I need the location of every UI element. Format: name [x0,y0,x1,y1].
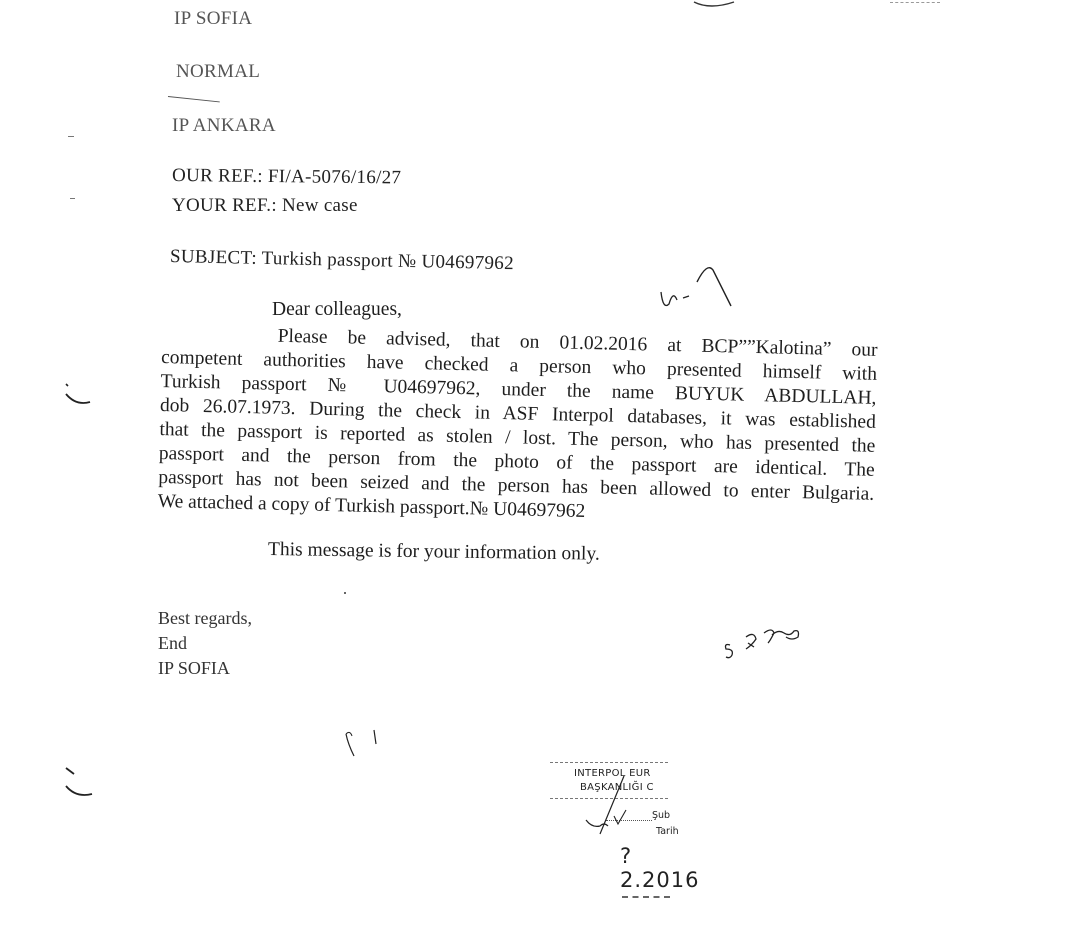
end-marker: End [158,633,187,654]
to-office: IP ANKARA [172,115,276,137]
signature-office: IP SOFIA [158,658,230,679]
margin-tick [68,136,74,137]
scan-dot [344,592,346,594]
handwritten-initials [655,260,745,320]
info-line: This message is for your information onl… [268,538,600,567]
your-reference: YOUR REF.: New case [172,195,358,217]
reception-stamp: INTERPOL EUR BAŞKANLIĞI C Şub Tarih ?2.2… [548,760,678,905]
from-office: IP SOFIA [174,8,252,30]
subject-line: SUBJECT: Turkish passport № U04697962 [170,246,514,275]
punch-hole-mark [62,764,102,804]
letter-body: Please be advised, that on 01.02.2016 at… [157,322,877,531]
stamp-rule [550,762,668,763]
scan-line-top-right [890,2,940,3]
salutation: Dear colleagues, [272,298,402,322]
stamp-date-label: Tarih [656,826,679,837]
stamp-branch-label: Şub [652,810,670,821]
stamp-rule [622,896,670,898]
stamp-date: ?2.2016 [620,844,699,892]
priority-label: NORMAL [176,61,260,83]
scan-mark-top [690,0,750,12]
our-reference: OUR REF.: FI/A-5076/16/27 [172,165,401,189]
handwritten-scribble [340,722,380,762]
stamp-signature [578,770,638,850]
closing: Best regards, [158,608,252,629]
divider-stroke [168,96,220,102]
margin-tick [70,198,75,199]
punch-hole-mark [60,380,100,410]
handwritten-number [720,625,820,665]
